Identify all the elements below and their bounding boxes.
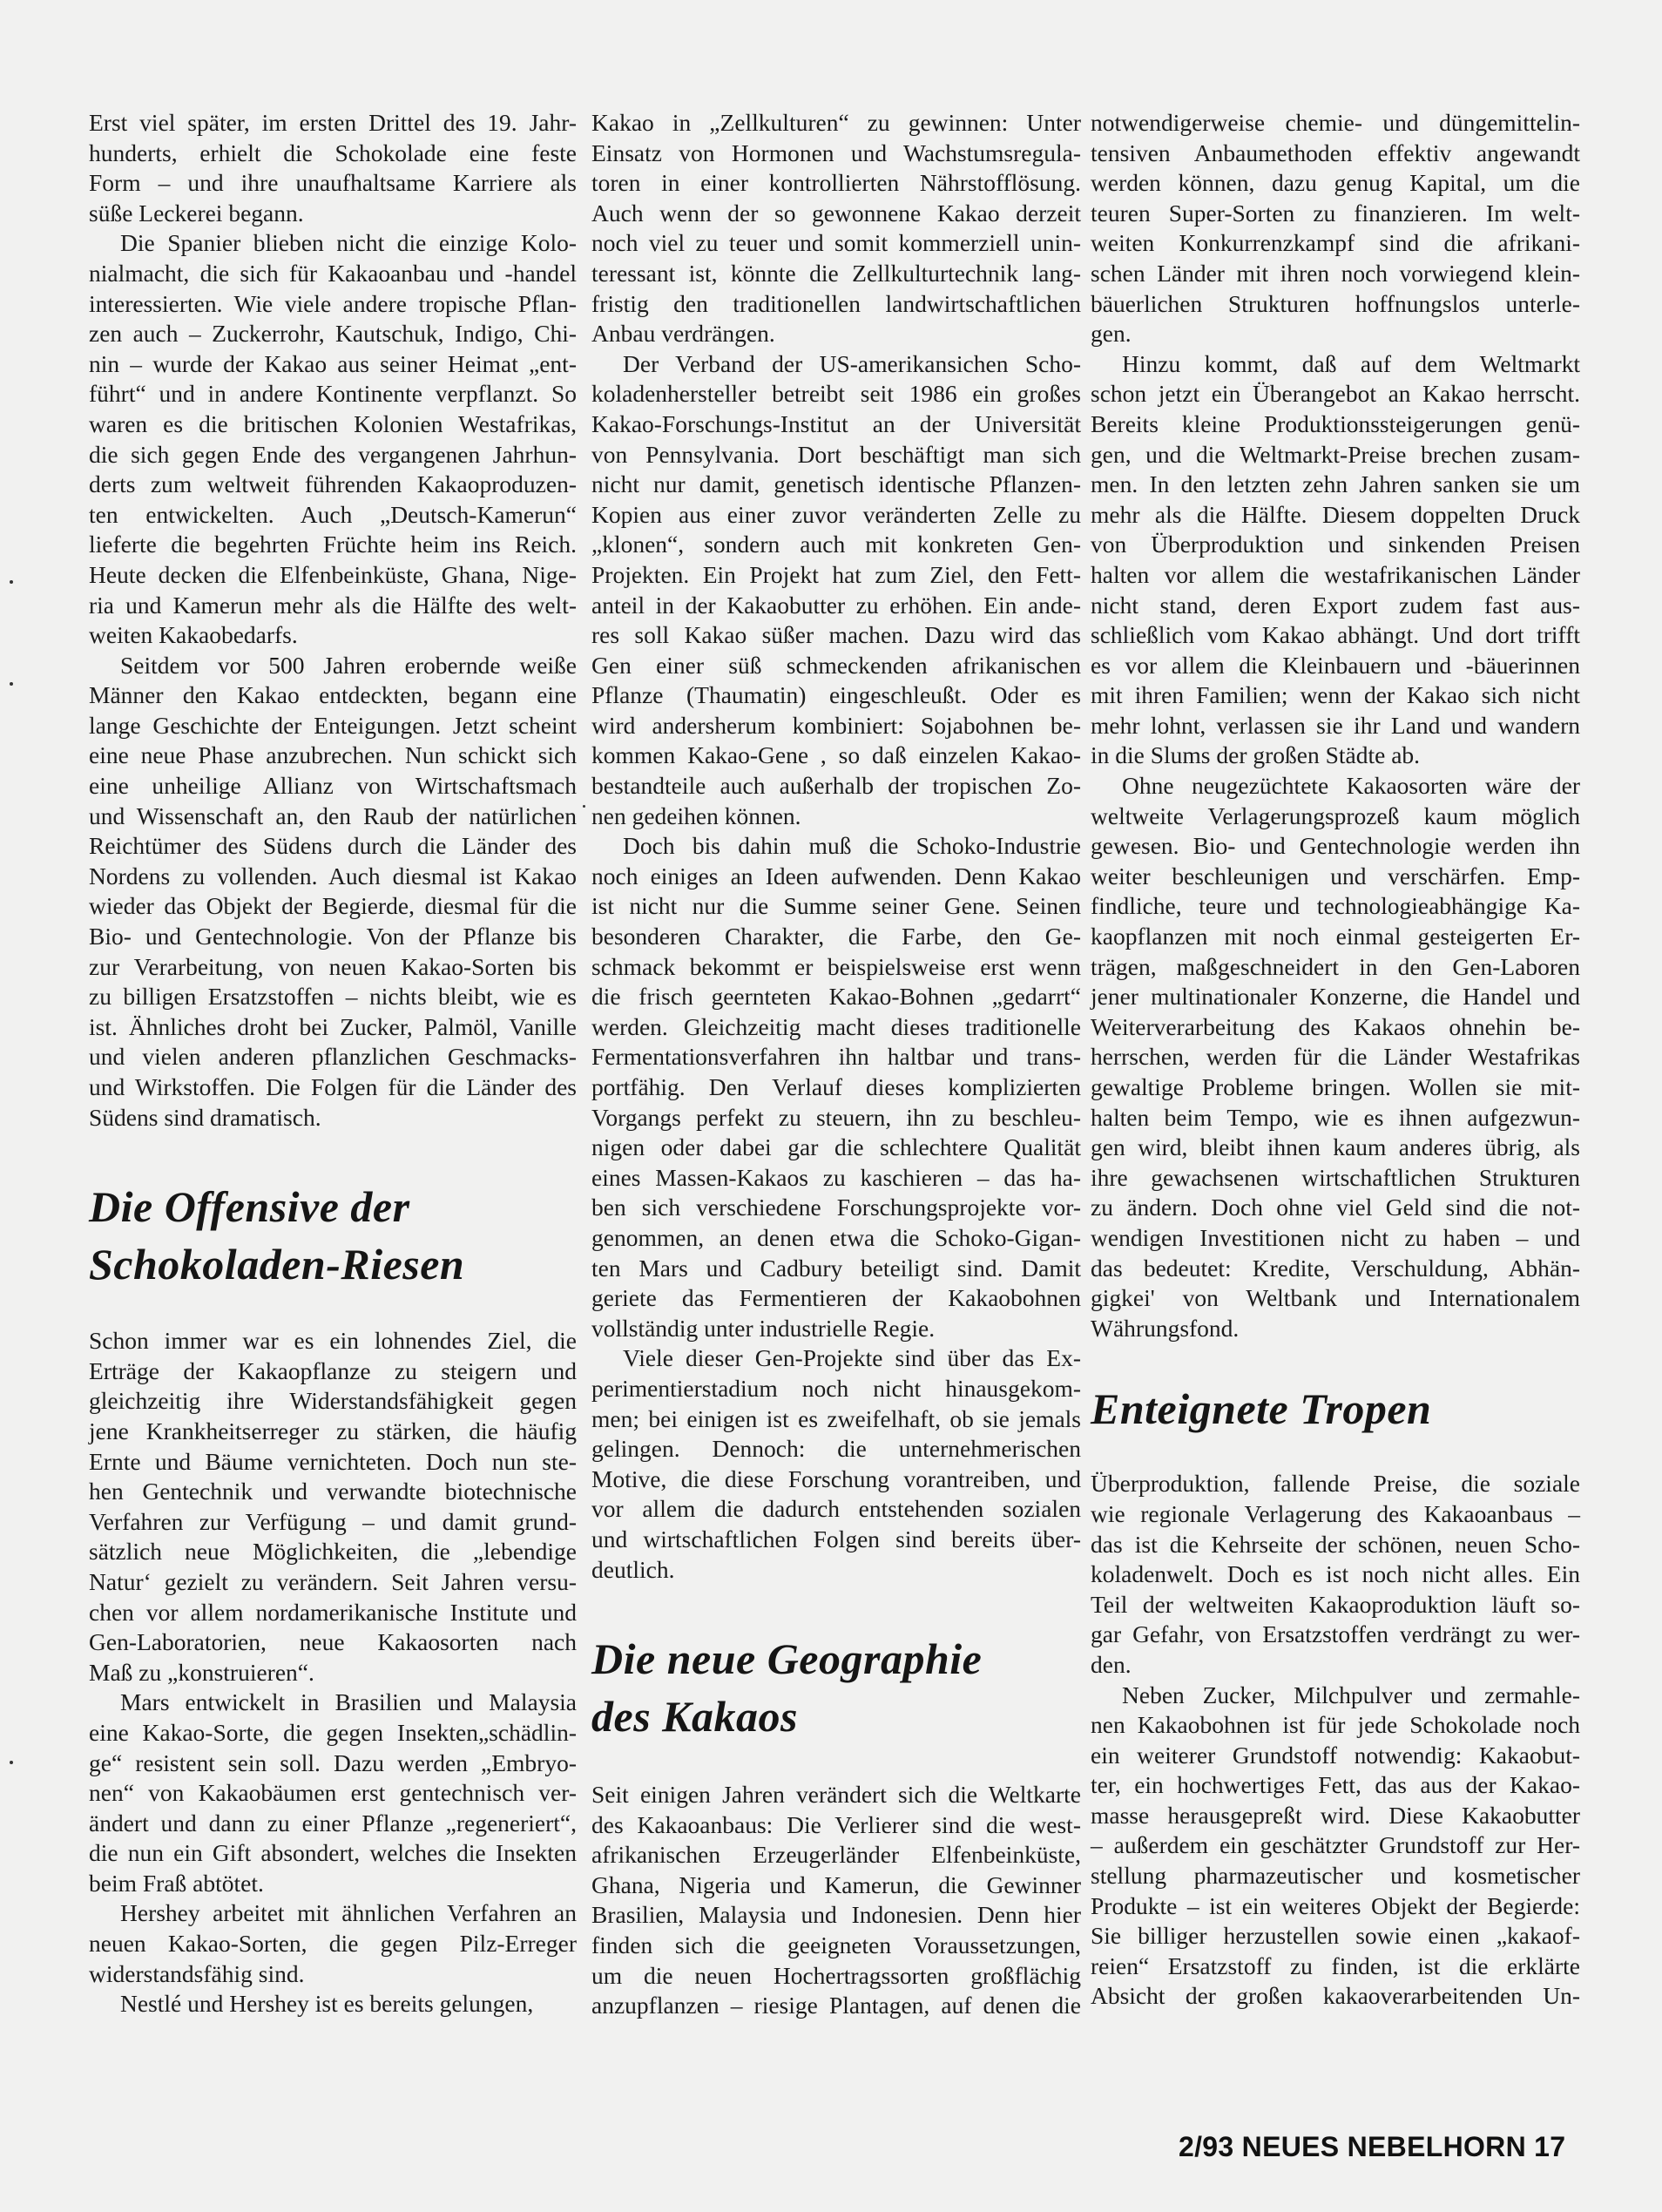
text-line: ten entwickelten. Auch „Deutsch-Kamerun“ bbox=[89, 500, 577, 531]
paragraph: Nestlé und Hershey ist es bereits gelung… bbox=[89, 1989, 577, 2019]
text-line: stellung pharmazeutischer und kosmetisch… bbox=[1091, 1861, 1580, 1891]
text-line: Vorgangs perfekt zu steuern, ihn zu besc… bbox=[591, 1103, 1081, 1133]
text-line: jene Krankheitserreger zu stärken, die h… bbox=[89, 1417, 577, 1447]
text-line: nen Kakaobohnen ist für jede Schokolade … bbox=[1091, 1710, 1580, 1741]
text-line: portfähig. Den Verlauf dieses komplizier… bbox=[591, 1072, 1081, 1103]
text-line: weiten Konkurrenzkampf sind die afrikani… bbox=[1091, 228, 1580, 259]
text-line: schließlich vom Kakao abhängt. Und dort … bbox=[1091, 620, 1580, 651]
text-line: waren es die britischen Kolonien Westafr… bbox=[89, 409, 577, 440]
paragraph: Seitdem vor 500 Jahren erobernde weißeMä… bbox=[89, 651, 577, 1133]
text-line: Kakao in „Zellkulturen“ zu gewinnen: Unt… bbox=[591, 108, 1081, 139]
text-line: Seit einigen Jahren verändert sich die W… bbox=[591, 1780, 1081, 1810]
text-line: Auch wenn der so gewonnene Kakao derzeit bbox=[591, 199, 1081, 229]
text-line: Form – und ihre unaufhaltsame Karriere a… bbox=[89, 168, 577, 199]
text-line: ist. Ähnliches droht bei Zucker, Palmöl,… bbox=[89, 1012, 577, 1043]
section-heading-line: Die neue Geographie bbox=[591, 1630, 1081, 1688]
text-line: Schon immer war es ein lohnendes Ziel, d… bbox=[89, 1326, 577, 1356]
text-line: halten vor allem die westafrikanischen L… bbox=[1091, 560, 1580, 591]
text-line: und Wissenschaft an, den Raub der natürl… bbox=[89, 802, 577, 832]
text-line: ihre gewachsenen wirtschaftlichen Strukt… bbox=[1091, 1163, 1580, 1194]
text-line: wieder das Objekt der Begierde, diesmal … bbox=[89, 891, 577, 922]
paragraph: Viele dieser Gen-Projekte sind über das … bbox=[591, 1343, 1081, 1585]
text-line: derts zum weltweit führenden Kakaoproduz… bbox=[89, 470, 577, 500]
text-line: men. In den letzten zehn Jahren sanken s… bbox=[1091, 470, 1580, 500]
text-line: Viele dieser Gen-Projekte sind über das … bbox=[591, 1343, 1081, 1374]
text-line: gigkei' von Weltbank und Internationalem bbox=[1091, 1283, 1580, 1314]
text-line: eine Kakao-Sorte, die gegen Insekten„sch… bbox=[89, 1718, 577, 1749]
text-line: masse herausgepreßt wird. Diese Kakaobut… bbox=[1091, 1801, 1580, 1831]
text-line: gen. bbox=[1091, 319, 1580, 349]
text-line: vor allem die dadurch entstehenden sozia… bbox=[591, 1494, 1081, 1525]
text-line: weiter beschleunigen und verschärfen. Em… bbox=[1091, 862, 1580, 892]
text-line: Überproduktion, fallende Preise, die soz… bbox=[1091, 1469, 1580, 1499]
text-line: Fermentationsverfahren ihn haltbar und t… bbox=[591, 1042, 1081, 1072]
text-line: nen“ von Kakaobäumen erst gentechnisch v… bbox=[89, 1778, 577, 1809]
spacer bbox=[1091, 1437, 1580, 1469]
text-line: von Überproduktion und sinkenden Preisen bbox=[1091, 530, 1580, 560]
text-line: Bio- und Gentechnologie. Von der Pflanze… bbox=[89, 922, 577, 952]
paragraph: notwendigerweise chemie- und düngemittel… bbox=[1091, 108, 1580, 349]
text-line: gelingen. Dennoch: die unternehmerischen bbox=[591, 1434, 1081, 1465]
text-line: weltweite Verlagerungsprozeß kaum möglic… bbox=[1091, 802, 1580, 832]
text-line: Produkte – ist ein weiteres Objekt der B… bbox=[1091, 1891, 1580, 1922]
text-line: zu billigen Ersatzstoffen – nichts bleib… bbox=[89, 982, 577, 1012]
text-line: nicht nur damit, genetisch identische Pf… bbox=[591, 470, 1081, 500]
text-line: und Wirkstoffen. Die Folgen für die Länd… bbox=[89, 1072, 577, 1103]
text-line: hunderts, erhielt die Schokolade eine fe… bbox=[89, 139, 577, 169]
text-line: Nordens zu vollenden. Auch diesmal ist K… bbox=[89, 862, 577, 892]
section-heading: Die Offensive derSchokoladen-Riesen bbox=[89, 1178, 577, 1293]
text-line: ter, ein hochwertiges Fett, das aus der … bbox=[1091, 1770, 1580, 1801]
text-line: men; bei einigen ist es zweifelhaft, ob … bbox=[591, 1404, 1081, 1435]
text-line: eines Massen-Kakaos zu kaschieren – das … bbox=[591, 1163, 1081, 1194]
paragraph: Der Verband der US-amerikansichen Scho-k… bbox=[591, 349, 1081, 832]
text-line: wie regionale Verlagerung des Kakaoanbau… bbox=[1091, 1499, 1580, 1530]
text-line: hen Gentechnik und verwandte biotechnisc… bbox=[89, 1477, 577, 1507]
text-line: bäuerlichen Strukturen hoffnungslos unte… bbox=[1091, 289, 1580, 320]
page-footer: 2/93 NEUES NEBELHORN 17 bbox=[1179, 2131, 1565, 2163]
article-column-2: Kakao in „Zellkulturen“ zu gewinnen: Unt… bbox=[591, 108, 1081, 2021]
text-line: Hershey arbeitet mit ähnlichen Verfahren… bbox=[89, 1898, 577, 1929]
section-heading-line: des Kakaos bbox=[591, 1688, 1081, 1745]
text-line: Sie billiger herzustellen sowie einen „k… bbox=[1091, 1921, 1580, 1952]
text-line: perimentierstadium noch nicht hinausgeko… bbox=[591, 1374, 1081, 1404]
text-line: Reichtümer des Südens durch die Länder d… bbox=[89, 831, 577, 862]
text-line: findliche, teure und technologieabhängig… bbox=[1091, 891, 1580, 922]
text-line: „klonen“, sondern auch mit konkreten Gen… bbox=[591, 530, 1081, 560]
text-line: die nun ein Gift absondert, welches die … bbox=[89, 1838, 577, 1869]
scan-speck bbox=[10, 1761, 13, 1764]
text-line: toren in einer kontrollierten Nährstoffl… bbox=[591, 168, 1081, 199]
spacer bbox=[1091, 1343, 1580, 1380]
text-line: zen auch – Zuckerrohr, Kautschuk, Indigo… bbox=[89, 319, 577, 349]
text-line: das ist die Kehrseite der schönen, neuen… bbox=[1091, 1530, 1580, 1560]
text-line: ist nicht nur die Summe seiner Gene. Sei… bbox=[591, 891, 1081, 922]
text-line: Absicht der großen kakaoverarbeitenden U… bbox=[1091, 1981, 1580, 2012]
text-line: eine neue Phase anzubrechen. Nun schickt… bbox=[89, 741, 577, 771]
text-line: von Pennsylvania. Dort beschäftigt man s… bbox=[591, 440, 1081, 470]
text-line: weiten Kakaobedarfs. bbox=[89, 620, 577, 651]
text-line: Seitdem vor 500 Jahren erobernde weiße bbox=[89, 651, 577, 681]
text-line: und vielen anderen pflanzlichen Geschmac… bbox=[89, 1042, 577, 1072]
text-line: teuren Super-Sorten zu finanzieren. Im w… bbox=[1091, 199, 1580, 229]
text-line: das bedeutet: Kredite, Verschuldung, Abh… bbox=[1091, 1254, 1580, 1284]
text-line: Projekten. Ein Projekt hat zum Ziel, den… bbox=[591, 560, 1081, 591]
text-line: bestandteile auch außerhalb der tropisch… bbox=[591, 771, 1081, 802]
text-line: Erträge der Kakaopflanze zu steigern und bbox=[89, 1356, 577, 1387]
paragraph: Mars entwickelt in Brasilien und Malaysi… bbox=[89, 1688, 577, 1898]
text-line: widerstandsfähig sind. bbox=[89, 1959, 577, 1990]
text-line: Mars entwickelt in Brasilien und Malaysi… bbox=[89, 1688, 577, 1718]
text-line: gar Gefahr, von Ersatzstoffen verdrängt … bbox=[1091, 1620, 1580, 1650]
text-line: Ohne neugezüchtete Kakaosorten wäre der bbox=[1091, 771, 1580, 802]
text-line: des Kakaoanbaus: Die Verlierer sind die … bbox=[591, 1810, 1081, 1841]
text-line: schen Länder mit ihren noch vorwiegend k… bbox=[1091, 259, 1580, 289]
text-line: noch einiges an Ideen aufwenden. Denn Ka… bbox=[591, 862, 1081, 892]
text-line: kaopflanzen mit noch einmal gesteigerten… bbox=[1091, 922, 1580, 952]
text-line: süße Leckerei begann. bbox=[89, 199, 577, 229]
text-line: wendigen Investitionen nicht zu haben – … bbox=[1091, 1223, 1580, 1254]
text-line: interessierten. Wie viele andere tropisc… bbox=[89, 289, 577, 320]
text-line: Gen-Laboratorien, neue Kakaosorten nach bbox=[89, 1627, 577, 1658]
text-line: wird andersherum kombiniert: Sojabohnen … bbox=[591, 711, 1081, 741]
text-line: Pflanze (Thaumatin) eingeschleußt. Oder … bbox=[591, 680, 1081, 711]
section-heading: Enteignete Tropen bbox=[1091, 1380, 1580, 1437]
article-column-3: notwendigerweise chemie- und düngemittel… bbox=[1091, 108, 1580, 2012]
article-column-1: Erst viel später, im ersten Drittel des … bbox=[89, 108, 577, 2019]
text-line: deutlich. bbox=[591, 1555, 1081, 1586]
text-line: Die Spanier blieben nicht die einzige Ko… bbox=[89, 228, 577, 259]
text-line: Brasilien, Malaysia und Indonesien. Denn… bbox=[591, 1900, 1081, 1931]
text-line: Heute decken die Elfenbeinküste, Ghana, … bbox=[89, 560, 577, 591]
text-line: nigen oder dabei gar die schlechtere Qua… bbox=[591, 1133, 1081, 1163]
text-line: mit ihren Familien; wenn der Kakao sich … bbox=[1091, 680, 1580, 711]
text-line: anteil in der Kakaobutter zu erhöhen. Ei… bbox=[591, 591, 1081, 621]
paragraph: Doch bis dahin muß die Schoko-Industrien… bbox=[591, 831, 1081, 1343]
text-line: werden können, dazu genug Kapital, um di… bbox=[1091, 168, 1580, 199]
text-line: halten beim Tempo, wie es ihnen aufgezwu… bbox=[1091, 1103, 1580, 1133]
text-line: Hinzu kommt, daß auf dem Weltmarkt bbox=[1091, 349, 1580, 380]
paragraph: Die Spanier blieben nicht die einzige Ko… bbox=[89, 228, 577, 650]
text-line: Verfahren zur Verfügung – und damit grun… bbox=[89, 1507, 577, 1538]
text-line: notwendigerweise chemie- und düngemittel… bbox=[1091, 108, 1580, 139]
text-line: zu ändern. Doch ohne viel Geld sind die … bbox=[1091, 1193, 1580, 1223]
spacer bbox=[89, 1293, 577, 1326]
text-line: geriete das Fermentieren der Kakaobohnen bbox=[591, 1283, 1081, 1314]
text-line: Ernte und Bäume vernichteten. Doch nun s… bbox=[89, 1447, 577, 1478]
text-line: Kopien aus einer zuvor veränderten Zelle… bbox=[591, 500, 1081, 531]
paragraph: Kakao in „Zellkulturen“ zu gewinnen: Unt… bbox=[591, 108, 1081, 349]
text-line: eine unheilige Allianz von Wirtschaftsma… bbox=[89, 771, 577, 802]
text-line: ben sich verschiedene Forschungsprojekte… bbox=[591, 1193, 1081, 1223]
text-line: Teil der weltweiten Kakaoproduktion läuf… bbox=[1091, 1590, 1580, 1620]
text-line: Anbau verdrängen. bbox=[591, 319, 1081, 349]
text-line: koladenhersteller betreibt seit 1986 ein… bbox=[591, 379, 1081, 409]
section-heading-line: Schokoladen-Riesen bbox=[89, 1235, 577, 1293]
text-line: Doch bis dahin muß die Schoko-Industrie bbox=[591, 831, 1081, 862]
text-line: mehr als die Hälfte. Diesem doppelten Dr… bbox=[1091, 500, 1580, 531]
text-line: chen vor allem nordamerikanische Institu… bbox=[89, 1598, 577, 1628]
text-line: genommen, an denen etwa die Schoko-Gigan… bbox=[591, 1223, 1081, 1254]
text-line: nen gedeihen können. bbox=[591, 802, 1081, 832]
text-line: schmack bekommt er beispielsweise erst w… bbox=[591, 952, 1081, 983]
text-line: sätzlich neue Möglichkeiten, die „lebend… bbox=[89, 1537, 577, 1567]
spacer bbox=[591, 1745, 1081, 1780]
text-line: Der Verband der US-amerikansichen Scho- bbox=[591, 349, 1081, 380]
text-line: Natur‘ gezielt zu verändern. Seit Jahren… bbox=[89, 1567, 577, 1598]
text-line: beim Fraß abtötet. bbox=[89, 1869, 577, 1899]
text-line: gen, und die Weltmarkt-Preise brechen zu… bbox=[1091, 440, 1580, 470]
text-line: teressant ist, könnte die Zellkulturtech… bbox=[591, 259, 1081, 289]
scan-speck bbox=[10, 682, 13, 686]
text-line: ria und Kamerun mehr als die Hälfte des … bbox=[89, 591, 577, 621]
text-line: gewesen. Bio- und Gentechnologie werden … bbox=[1091, 831, 1580, 862]
text-line: jener multinationaler Konzerne, die Hand… bbox=[1091, 982, 1580, 1012]
text-line: gen wird, bleibt ihnen kaum anderes übri… bbox=[1091, 1133, 1580, 1163]
text-line: fristig den traditionellen landwirtschaf… bbox=[591, 289, 1081, 320]
text-line: Motive, die diese Forschung vorantreiben… bbox=[591, 1465, 1081, 1495]
paragraph: Hershey arbeitet mit ähnlichen Verfahren… bbox=[89, 1898, 577, 1989]
paragraph: Hinzu kommt, daß auf dem Weltmarktschon … bbox=[1091, 349, 1580, 771]
paragraph: Erst viel später, im ersten Drittel des … bbox=[89, 108, 577, 228]
paragraph: Ohne neugezüchtete Kakaosorten wäre derw… bbox=[1091, 771, 1580, 1343]
text-line: die frisch geernteten Kakao-Bohnen „geda… bbox=[591, 982, 1081, 1012]
scan-speck bbox=[583, 805, 585, 808]
text-line: tensiven Anbaumethoden effektiv angewand… bbox=[1091, 139, 1580, 169]
text-line: anzupflanzen – riesige Plantagen, auf de… bbox=[591, 1991, 1081, 2021]
text-line: gleichzeitig ihre Widerstandsfähigkeit g… bbox=[89, 1386, 577, 1417]
text-line: Südens sind dramatisch. bbox=[89, 1103, 577, 1133]
text-line: koladenwelt. Doch es ist noch nicht alle… bbox=[1091, 1559, 1580, 1590]
spacer bbox=[591, 1585, 1081, 1630]
text-line: Einsatz von Hormonen und Wachstumsregula… bbox=[591, 139, 1081, 169]
text-line: kommen Kakao-Gene , so daß einzelen Kaka… bbox=[591, 741, 1081, 771]
text-line: und wirtschaftlichen Folgen sind bereits… bbox=[591, 1525, 1081, 1555]
text-line: nialmacht, die sich für Kakaoanbau und -… bbox=[89, 259, 577, 289]
text-line: – außerdem ein geschätzter Grundstoff zu… bbox=[1091, 1830, 1580, 1861]
text-line: Kakao-Forschungs-Institut an der Univers… bbox=[591, 409, 1081, 440]
scan-speck bbox=[10, 580, 13, 584]
text-line: ein weiterer Grundstoff notwendig: Kakao… bbox=[1091, 1741, 1580, 1771]
text-line: res soll Kakao süßer machen. Dazu wird d… bbox=[591, 620, 1081, 651]
text-line: Währungsfond. bbox=[1091, 1314, 1580, 1344]
text-line: vollständig unter industrielle Regie. bbox=[591, 1314, 1081, 1344]
text-line: Ghana, Nigeria und Kamerun, die Gewinner bbox=[591, 1870, 1081, 1901]
text-line: werden. Gleichzeitig macht dieses tradit… bbox=[591, 1012, 1081, 1043]
paragraph: Schon immer war es ein lohnendes Ziel, d… bbox=[89, 1326, 577, 1688]
text-line: ten Mars und Cadbury beteiligt sind. Dam… bbox=[591, 1254, 1081, 1284]
text-line: Nestlé und Hershey ist es bereits gelung… bbox=[89, 1989, 577, 2019]
section-heading-line: Enteignete Tropen bbox=[1091, 1380, 1580, 1437]
text-line: finden sich die geeigneten Voraussetzung… bbox=[591, 1931, 1081, 1961]
text-line: Maß zu „konstruieren“. bbox=[89, 1658, 577, 1688]
text-line: in die Slums der großen Städte ab. bbox=[1091, 741, 1580, 771]
text-line: führt“ und in andere Kontinente verpflan… bbox=[89, 379, 577, 409]
text-line: besonderen Charakter, die Farbe, den Ge- bbox=[591, 922, 1081, 952]
text-line: herrschen, werden für die Länder Westafr… bbox=[1091, 1042, 1580, 1072]
text-line: gewaltige Probleme bringen. Wollen sie m… bbox=[1091, 1072, 1580, 1103]
text-line: afrikanischen Erzeugerländer Elfenbeinkü… bbox=[591, 1840, 1081, 1870]
text-line: um die neuen Hochertragssorten großfläch… bbox=[591, 1961, 1081, 1992]
text-line: zur Verarbeitung, von neuen Kakao-Sorten… bbox=[89, 952, 577, 983]
text-line: Erst viel später, im ersten Drittel des … bbox=[89, 108, 577, 139]
text-line: Männer den Kakao entdeckten, begann eine bbox=[89, 680, 577, 711]
section-heading-line: Die Offensive der bbox=[89, 1178, 577, 1235]
text-line: mehr lohnt, verlassen sie ihr Land und w… bbox=[1091, 711, 1580, 741]
text-line: nin – wurde der Kakao aus seiner Heimat … bbox=[89, 349, 577, 380]
text-line: Neben Zucker, Milchpulver und zermahle- bbox=[1091, 1681, 1580, 1711]
text-line: lieferte die begehrten Früchte heim ins … bbox=[89, 530, 577, 560]
text-line: Weiterverarbeitung des Kakaos ohnehin be… bbox=[1091, 1012, 1580, 1043]
text-line: die sich gegen Ende des vergangenen Jahr… bbox=[89, 440, 577, 470]
paragraph: Neben Zucker, Milchpulver und zermahle-n… bbox=[1091, 1681, 1580, 2012]
section-heading: Die neue Geographiedes Kakaos bbox=[591, 1630, 1081, 1745]
text-line: ge“ resistent sein soll. Dazu werden „Em… bbox=[89, 1749, 577, 1779]
text-line: Gen einer süß schmeckenden afrikanischen bbox=[591, 651, 1081, 681]
text-line: reien“ Ersatzstoff zu finden, ist die er… bbox=[1091, 1952, 1580, 1982]
text-line: neuen Kakao-Sorten, die gegen Pilz-Erreg… bbox=[89, 1929, 577, 1959]
text-line: den. bbox=[1091, 1650, 1580, 1681]
text-line: schon jetzt ein Überangebot an Kakao her… bbox=[1091, 379, 1580, 409]
magazine-page: Erst viel später, im ersten Drittel des … bbox=[0, 0, 1662, 2212]
text-line: Bereits kleine Produktionssteigerungen g… bbox=[1091, 409, 1580, 440]
text-line: noch viel zu teuer und somit kommerziell… bbox=[591, 228, 1081, 259]
text-line: ändert und dann zu einer Pflanze „regene… bbox=[89, 1809, 577, 1839]
text-line: nicht stand, deren Export zudem fast aus… bbox=[1091, 591, 1580, 621]
text-line: trägen, maßgeschneidert in den Gen-Labor… bbox=[1091, 952, 1580, 983]
spacer bbox=[89, 1133, 577, 1178]
paragraph: Seit einigen Jahren verändert sich die W… bbox=[591, 1780, 1081, 2021]
text-line: es vor allem die Kleinbauern und -bäueri… bbox=[1091, 651, 1580, 681]
paragraph: Überproduktion, fallende Preise, die soz… bbox=[1091, 1469, 1580, 1680]
text-line: lange Geschichte der Enteigungen. Jetzt … bbox=[89, 711, 577, 741]
